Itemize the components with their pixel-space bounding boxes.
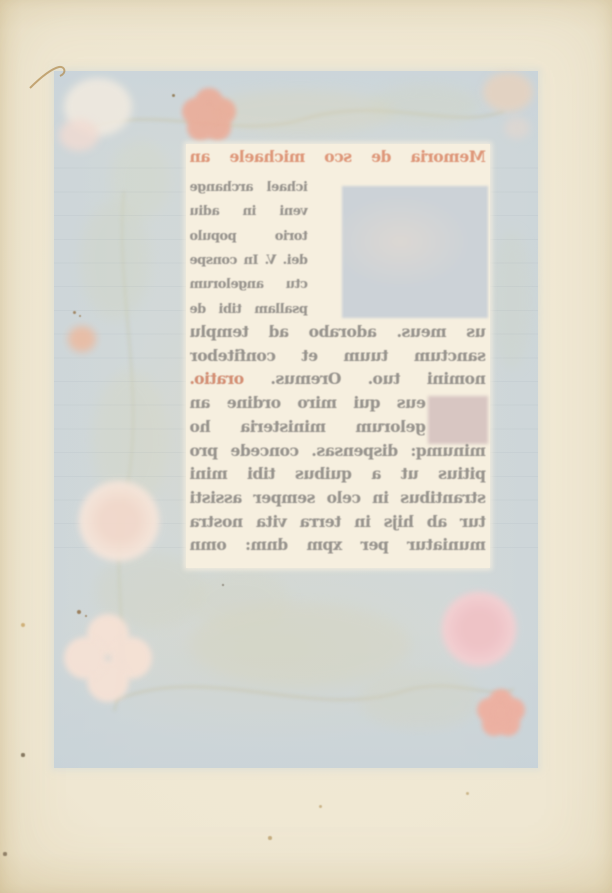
foxing-speck xyxy=(319,805,322,808)
text-line: strantibus in celo semper assisti xyxy=(190,488,486,510)
foxing-speck xyxy=(21,753,24,756)
foxing-speck xyxy=(268,836,272,840)
text-line: veni in adiu xyxy=(190,202,308,224)
rubric-line: Memoria de sco michaele an xyxy=(190,147,486,169)
text-line: gelorum ministeria ho xyxy=(190,417,426,439)
flower-center xyxy=(201,108,217,124)
text-line: muniatur per xpm dnm: omn xyxy=(190,535,486,557)
text-line: sanctum tuum et confitebor xyxy=(190,346,486,368)
rose-left xyxy=(77,479,161,563)
text-line: eus qui miro ordine an xyxy=(190,393,426,415)
text-line: ichael archange xyxy=(190,178,308,200)
foliage-blob xyxy=(360,670,480,730)
text-block-showthrough: Memoria de sco michaele an ichael archan… xyxy=(186,144,490,568)
text-line: pitius ut a quibus tibi mini xyxy=(190,464,486,486)
text-line: dei. V. In conspe xyxy=(190,251,308,273)
text-line: psallam tibi de xyxy=(190,300,308,322)
foxing-speck xyxy=(77,610,81,614)
text-line: tur ab hijs in terra vita nostra xyxy=(190,512,486,534)
foliage-blob xyxy=(370,85,480,125)
foxing-speck xyxy=(466,792,469,795)
mirrored-text-layer: Memoria de sco michaele an ichael archan… xyxy=(186,144,490,568)
flower-center xyxy=(494,707,508,721)
blossom-top-left-pink xyxy=(59,119,99,151)
text-line: torio populo xyxy=(190,227,308,249)
text-line: ctu angelorum xyxy=(190,275,308,297)
leaf-top-right-small xyxy=(504,117,530,139)
ink-mark xyxy=(28,62,70,92)
text-line: us meus. adorabo ad templu xyxy=(190,322,486,344)
petal xyxy=(64,637,106,679)
text-line: nomini tuo. Oremus. oratio. xyxy=(190,369,486,391)
rubric-word: oratio. xyxy=(190,369,244,388)
foxing-speck xyxy=(3,852,6,855)
text-segment: nomini tuo. Oremus. xyxy=(271,369,486,388)
small-flower-left xyxy=(68,326,96,352)
foliage-blob xyxy=(190,570,290,630)
leaf-top-right xyxy=(483,72,533,112)
manuscript-page: Memoria de sco michaele an ichael archan… xyxy=(0,0,612,893)
foxing-speck xyxy=(21,623,25,627)
foxing-speck xyxy=(79,315,81,317)
rose-right xyxy=(440,590,518,668)
foxing-speck xyxy=(73,311,76,314)
foxing-speck xyxy=(172,94,175,97)
text-line: minumq: dispensas. concede pro xyxy=(190,441,486,463)
